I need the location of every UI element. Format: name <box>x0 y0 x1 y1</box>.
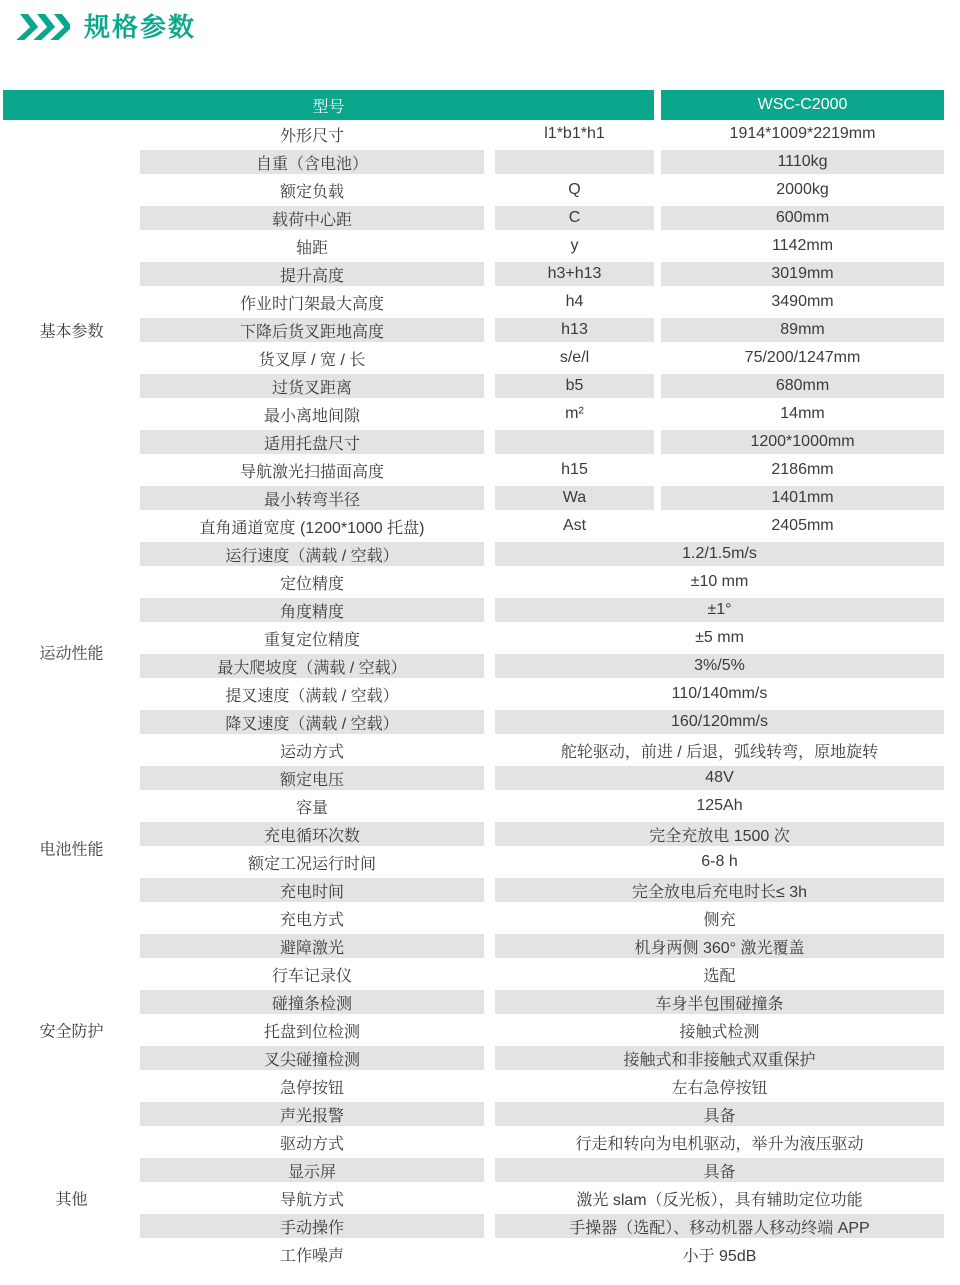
param-cell: 角度精度 <box>140 596 484 624</box>
table-row: 作业时门架最大高度h43490mm <box>3 288 944 316</box>
value-cell: 3%/5% <box>495 652 944 680</box>
value-cell: 1200*1000mm <box>661 428 944 456</box>
section-label: 基本参数 <box>3 319 140 342</box>
param-cell: 导航方式 <box>140 1184 484 1212</box>
param-cell: 运动方式 <box>140 736 484 764</box>
value-cell: 1110kg <box>661 148 944 176</box>
value-cell: ±10 mm <box>495 568 944 596</box>
param-cell: 工作噪声 <box>140 1240 484 1268</box>
table-row: 驱动方式行走和转向为电机驱动，举升为液压驱动 <box>3 1128 944 1156</box>
table-row: 重复定位精度±5 mm <box>3 624 944 652</box>
symbol-cell: h3+h13 <box>495 260 654 288</box>
section-label: 安全防护 <box>3 1019 140 1042</box>
param-cell: 定位精度 <box>140 568 484 596</box>
param-cell: 额定电压 <box>140 764 484 792</box>
value-cell: 48V <box>495 764 944 792</box>
table-row: 适用托盘尺寸1200*1000mm <box>3 428 944 456</box>
param-cell: 轴距 <box>140 232 484 260</box>
table-row: 定位精度±10 mm <box>3 568 944 596</box>
param-cell: 额定负载 <box>140 176 484 204</box>
table-row: 充电时间完全放电后充电时长≤ 3h <box>3 876 944 904</box>
table-row: 行车记录仪选配 <box>3 960 944 988</box>
symbol-cell: C <box>495 204 654 232</box>
model-label-cell: 型号 <box>3 90 654 120</box>
param-cell: 额定工况运行时间 <box>140 848 484 876</box>
table-row: 下降后货叉距地高度h1389mm <box>3 316 944 344</box>
table-row: 手动操作手操器（选配）、移动机器人移动终端 APP <box>3 1212 944 1240</box>
param-cell: 声光报警 <box>140 1100 484 1128</box>
table-row: 轴距y1142mm <box>3 232 944 260</box>
value-cell: 2186mm <box>661 456 944 484</box>
value-cell: 1142mm <box>661 232 944 260</box>
model-value-cell: WSC-C2000 <box>661 90 944 120</box>
table-row: 最大爬坡度（满载 / 空载）3%/5% <box>3 652 944 680</box>
symbol-cell: Ast <box>495 512 654 540</box>
value-cell: 3019mm <box>661 260 944 288</box>
table-row: 降叉速度（满载 / 空载）160/120mm/s <box>3 708 944 736</box>
value-cell: 车身半包围碰撞条 <box>495 988 944 1016</box>
table-header-row: 型号 WSC-C2000 <box>3 90 944 120</box>
value-cell: 2000kg <box>661 176 944 204</box>
value-cell: 14mm <box>661 400 944 428</box>
value-cell: 机身两侧 360° 激光覆盖 <box>495 932 944 960</box>
value-cell: 侧充 <box>495 904 944 932</box>
param-cell: 外形尺寸 <box>140 120 484 148</box>
table-row: 外形尺寸l1*b1*h11914*1009*2219mm <box>3 120 944 148</box>
value-cell: 接触式检测 <box>495 1016 944 1044</box>
value-cell: 1914*1009*2219mm <box>661 120 944 148</box>
symbol-cell: h15 <box>495 456 654 484</box>
table-row: 工作噪声小于 95dB <box>3 1240 944 1268</box>
table-row: 导航激光扫描面高度h152186mm <box>3 456 944 484</box>
param-cell: 自重（含电池） <box>140 148 484 176</box>
param-cell: 下降后货叉距地高度 <box>140 316 484 344</box>
symbol-cell: b5 <box>495 372 654 400</box>
param-cell: 货叉厚 / 宽 / 长 <box>140 344 484 372</box>
table-row: 叉尖碰撞检测接触式和非接触式双重保护 <box>3 1044 944 1072</box>
table-row: 最小离地间隙m²14mm <box>3 400 944 428</box>
value-cell: 手操器（选配）、移动机器人移动终端 APP <box>495 1212 944 1240</box>
symbol-cell: m² <box>495 400 654 428</box>
value-cell: 6-8 h <box>495 848 944 876</box>
value-cell: 160/120mm/s <box>495 708 944 736</box>
value-cell: 舵轮驱动，前进 / 后退，弧线转弯，原地旋转 <box>495 736 944 764</box>
param-cell: 充电时间 <box>140 876 484 904</box>
value-cell: 89mm <box>661 316 944 344</box>
page-title: 规格参数 <box>84 14 196 40</box>
value-cell: 75/200/1247mm <box>661 344 944 372</box>
param-cell: 充电循环次数 <box>140 820 484 848</box>
table-row: 碰撞条检测车身半包围碰撞条 <box>3 988 944 1016</box>
param-cell: 提叉速度（满载 / 空载） <box>140 680 484 708</box>
symbol-cell: l1*b1*h1 <box>495 120 654 148</box>
table-row: 额定工况运行时间6-8 h <box>3 848 944 876</box>
table-row: 避障激光机身两侧 360° 激光覆盖 <box>3 932 944 960</box>
table-section: 基本参数外形尺寸l1*b1*h11914*1009*2219mm自重（含电池）1… <box>3 120 944 540</box>
param-cell: 作业时门架最大高度 <box>140 288 484 316</box>
spec-table: 型号 WSC-C2000 基本参数外形尺寸l1*b1*h11914*1009*2… <box>3 90 944 1268</box>
value-cell: 具备 <box>495 1100 944 1128</box>
param-cell: 运行速度（满载 / 空载） <box>140 540 484 568</box>
param-cell: 行车记录仪 <box>140 960 484 988</box>
table-section: 其他驱动方式行走和转向为电机驱动，举升为液压驱动显示屏具备导航方式激光 slam… <box>3 1128 944 1268</box>
value-cell: 2405mm <box>661 512 944 540</box>
param-cell: 容量 <box>140 792 484 820</box>
symbol-cell: Wa <box>495 484 654 512</box>
section-label: 其他 <box>3 1187 140 1210</box>
table-row: 额定负载Q2000kg <box>3 176 944 204</box>
param-cell: 避障激光 <box>140 932 484 960</box>
value-cell: 完全放电后充电时长≤ 3h <box>495 876 944 904</box>
param-cell: 提升高度 <box>140 260 484 288</box>
table-row: 运行速度（满载 / 空载）1.2/1.5m/s <box>3 540 944 568</box>
table-row: 直角通道宽度 (1200*1000 托盘)Ast2405mm <box>3 512 944 540</box>
value-cell: ±5 mm <box>495 624 944 652</box>
table-section: 安全防护避障激光机身两侧 360° 激光覆盖行车记录仪选配碰撞条检测车身半包围碰… <box>3 932 944 1128</box>
value-cell: 1401mm <box>661 484 944 512</box>
table-row: 过货叉距离b5680mm <box>3 372 944 400</box>
table-row: 运动方式舵轮驱动，前进 / 后退，弧线转弯，原地旋转 <box>3 736 944 764</box>
table-row: 自重（含电池）1110kg <box>3 148 944 176</box>
param-cell: 重复定位精度 <box>140 624 484 652</box>
param-cell: 降叉速度（满载 / 空载） <box>140 708 484 736</box>
symbol-cell: h13 <box>495 316 654 344</box>
value-cell: 3490mm <box>661 288 944 316</box>
value-cell: 选配 <box>495 960 944 988</box>
value-cell: 具备 <box>495 1156 944 1184</box>
value-cell: 680mm <box>661 372 944 400</box>
table-row: 显示屏具备 <box>3 1156 944 1184</box>
param-cell: 导航激光扫描面高度 <box>140 456 484 484</box>
symbol-cell <box>495 428 654 456</box>
table-row: 货叉厚 / 宽 / 长s/e/l75/200/1247mm <box>3 344 944 372</box>
table-row: 急停按钮左右急停按钮 <box>3 1072 944 1100</box>
symbol-cell <box>495 148 654 176</box>
section-label: 电池性能 <box>3 837 140 860</box>
symbol-cell: s/e/l <box>495 344 654 372</box>
table-row: 声光报警具备 <box>3 1100 944 1128</box>
table-section: 电池性能额定电压48V容量125Ah充电循环次数完全充放电 1500 次额定工况… <box>3 764 944 932</box>
value-cell: 110/140mm/s <box>495 680 944 708</box>
param-cell: 最大爬坡度（满载 / 空载） <box>140 652 484 680</box>
param-cell: 手动操作 <box>140 1212 484 1240</box>
table-row: 最小转弯半径Wa1401mm <box>3 484 944 512</box>
param-cell: 直角通道宽度 (1200*1000 托盘) <box>140 512 484 540</box>
table-row: 提升高度h3+h133019mm <box>3 260 944 288</box>
value-cell: 接触式和非接触式双重保护 <box>495 1044 944 1072</box>
table-row: 额定电压48V <box>3 764 944 792</box>
table-row: 托盘到位检测接触式检测 <box>3 1016 944 1044</box>
symbol-cell: h4 <box>495 288 654 316</box>
table-row: 充电方式侧充 <box>3 904 944 932</box>
param-cell: 适用托盘尺寸 <box>140 428 484 456</box>
triple-chevron-icon <box>16 14 70 40</box>
param-cell: 显示屏 <box>140 1156 484 1184</box>
param-cell: 驱动方式 <box>140 1128 484 1156</box>
section-title-bar: 规格参数 <box>16 14 196 40</box>
table-section: 运动性能运行速度（满载 / 空载）1.2/1.5m/s定位精度±10 mm角度精… <box>3 540 944 764</box>
symbol-cell: Q <box>495 176 654 204</box>
param-cell: 碰撞条检测 <box>140 988 484 1016</box>
param-cell: 最小转弯半径 <box>140 484 484 512</box>
param-cell: 载荷中心距 <box>140 204 484 232</box>
value-cell: 左右急停按钮 <box>495 1072 944 1100</box>
table-row: 载荷中心距C600mm <box>3 204 944 232</box>
table-row: 角度精度±1° <box>3 596 944 624</box>
value-cell: 1.2/1.5m/s <box>495 540 944 568</box>
value-cell: 小于 95dB <box>495 1240 944 1268</box>
param-cell: 过货叉距离 <box>140 372 484 400</box>
section-label: 运动性能 <box>3 641 140 664</box>
table-row: 充电循环次数完全充放电 1500 次 <box>3 820 944 848</box>
param-cell: 充电方式 <box>140 904 484 932</box>
table-row: 导航方式激光 slam（反光板），具有辅助定位功能 <box>3 1184 944 1212</box>
value-cell: 完全充放电 1500 次 <box>495 820 944 848</box>
value-cell: 激光 slam（反光板），具有辅助定位功能 <box>495 1184 944 1212</box>
value-cell: ±1° <box>495 596 944 624</box>
spec-table-body: 基本参数外形尺寸l1*b1*h11914*1009*2219mm自重（含电池）1… <box>3 120 944 1268</box>
table-row: 容量125Ah <box>3 792 944 820</box>
symbol-cell: y <box>495 232 654 260</box>
value-cell: 125Ah <box>495 792 944 820</box>
param-cell: 急停按钮 <box>140 1072 484 1100</box>
param-cell: 最小离地间隙 <box>140 400 484 428</box>
param-cell: 托盘到位检测 <box>140 1016 484 1044</box>
table-row: 提叉速度（满载 / 空载）110/140mm/s <box>3 680 944 708</box>
value-cell: 600mm <box>661 204 944 232</box>
value-cell: 行走和转向为电机驱动，举升为液压驱动 <box>495 1128 944 1156</box>
param-cell: 叉尖碰撞检测 <box>140 1044 484 1072</box>
